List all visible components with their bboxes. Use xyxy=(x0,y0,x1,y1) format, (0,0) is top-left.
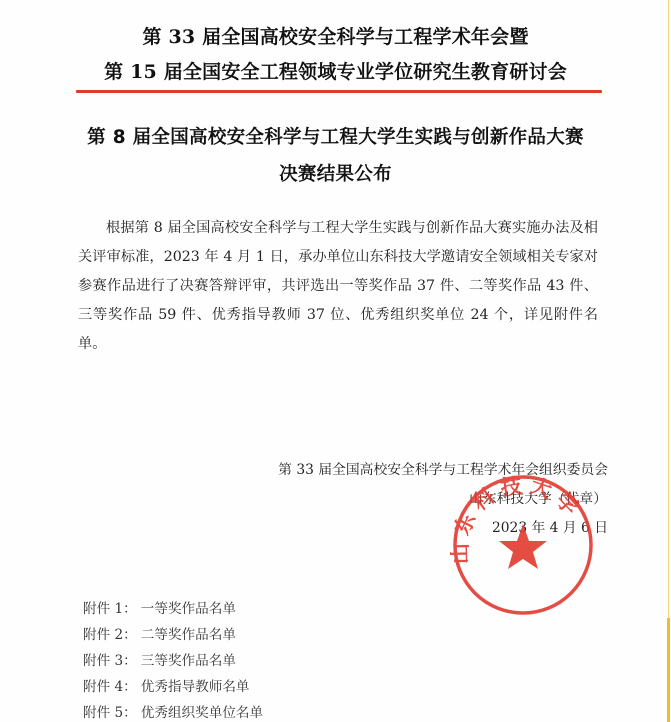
attachment-item-5[interactable]: 附件 5：优秀组织奖单位名单 xyxy=(83,700,263,722)
document-title: 第 8 届全国高校安全科学与工程大学生实践与创新作品大赛 xyxy=(0,123,671,149)
attachment-item-3[interactable]: 附件 3：三等奖作品名单 xyxy=(83,648,263,674)
attachment-label: 附件 3： xyxy=(83,653,137,669)
attachment-label: 附件 5： xyxy=(83,705,137,721)
attachment-label: 附件 2： xyxy=(83,627,137,643)
attachment-name[interactable]: 三等奖作品名单 xyxy=(141,653,236,669)
page-edge-line xyxy=(668,0,669,618)
attachment-label: 附件 4： xyxy=(83,679,137,695)
signature-organization: 第 33 届全国高校安全科学与工程学术年会组织委员会 xyxy=(278,458,608,478)
document-page: 第 33 届全国高校安全科学与工程学术年会暨 第 15 届全国安全工程领域专业学… xyxy=(0,0,671,722)
signature-host: 山东科技大学（代章） xyxy=(469,487,607,507)
attachment-item-4[interactable]: 附件 4：优秀指导教师名单 xyxy=(83,674,263,700)
body-paragraph: 根据第 8 届全国高校安全科学与工程大学生实践与创新作品大赛实施办法及相关评审标… xyxy=(78,214,598,359)
attachments-list: 附件 1：一等奖作品名单 附件 2：二等奖作品名单 附件 3：三等奖作品名单 附… xyxy=(83,596,263,722)
signature-date: 2023 年 4 月 6 日 xyxy=(492,516,608,536)
header-line-2: 第 15 届全国安全工程领域专业学位研究生教育研讨会 xyxy=(0,57,671,84)
attachment-name[interactable]: 二等奖作品名单 xyxy=(141,627,236,643)
attachment-item-1[interactable]: 附件 1：一等奖作品名单 xyxy=(83,596,263,622)
header-red-rule xyxy=(76,90,602,93)
header-line-1: 第 33 届全国高校安全科学与工程学术年会暨 xyxy=(0,22,671,49)
attachment-name[interactable]: 优秀组织奖单位名单 xyxy=(141,705,263,721)
attachment-label: 附件 1： xyxy=(83,601,137,617)
document-subtitle: 决赛结果公布 xyxy=(0,160,671,186)
page-edge-line-thick xyxy=(667,618,670,722)
attachment-name[interactable]: 优秀指导教师名单 xyxy=(141,679,250,695)
attachment-name[interactable]: 一等奖作品名单 xyxy=(141,601,236,617)
attachment-item-2[interactable]: 附件 2：二等奖作品名单 xyxy=(83,622,263,648)
